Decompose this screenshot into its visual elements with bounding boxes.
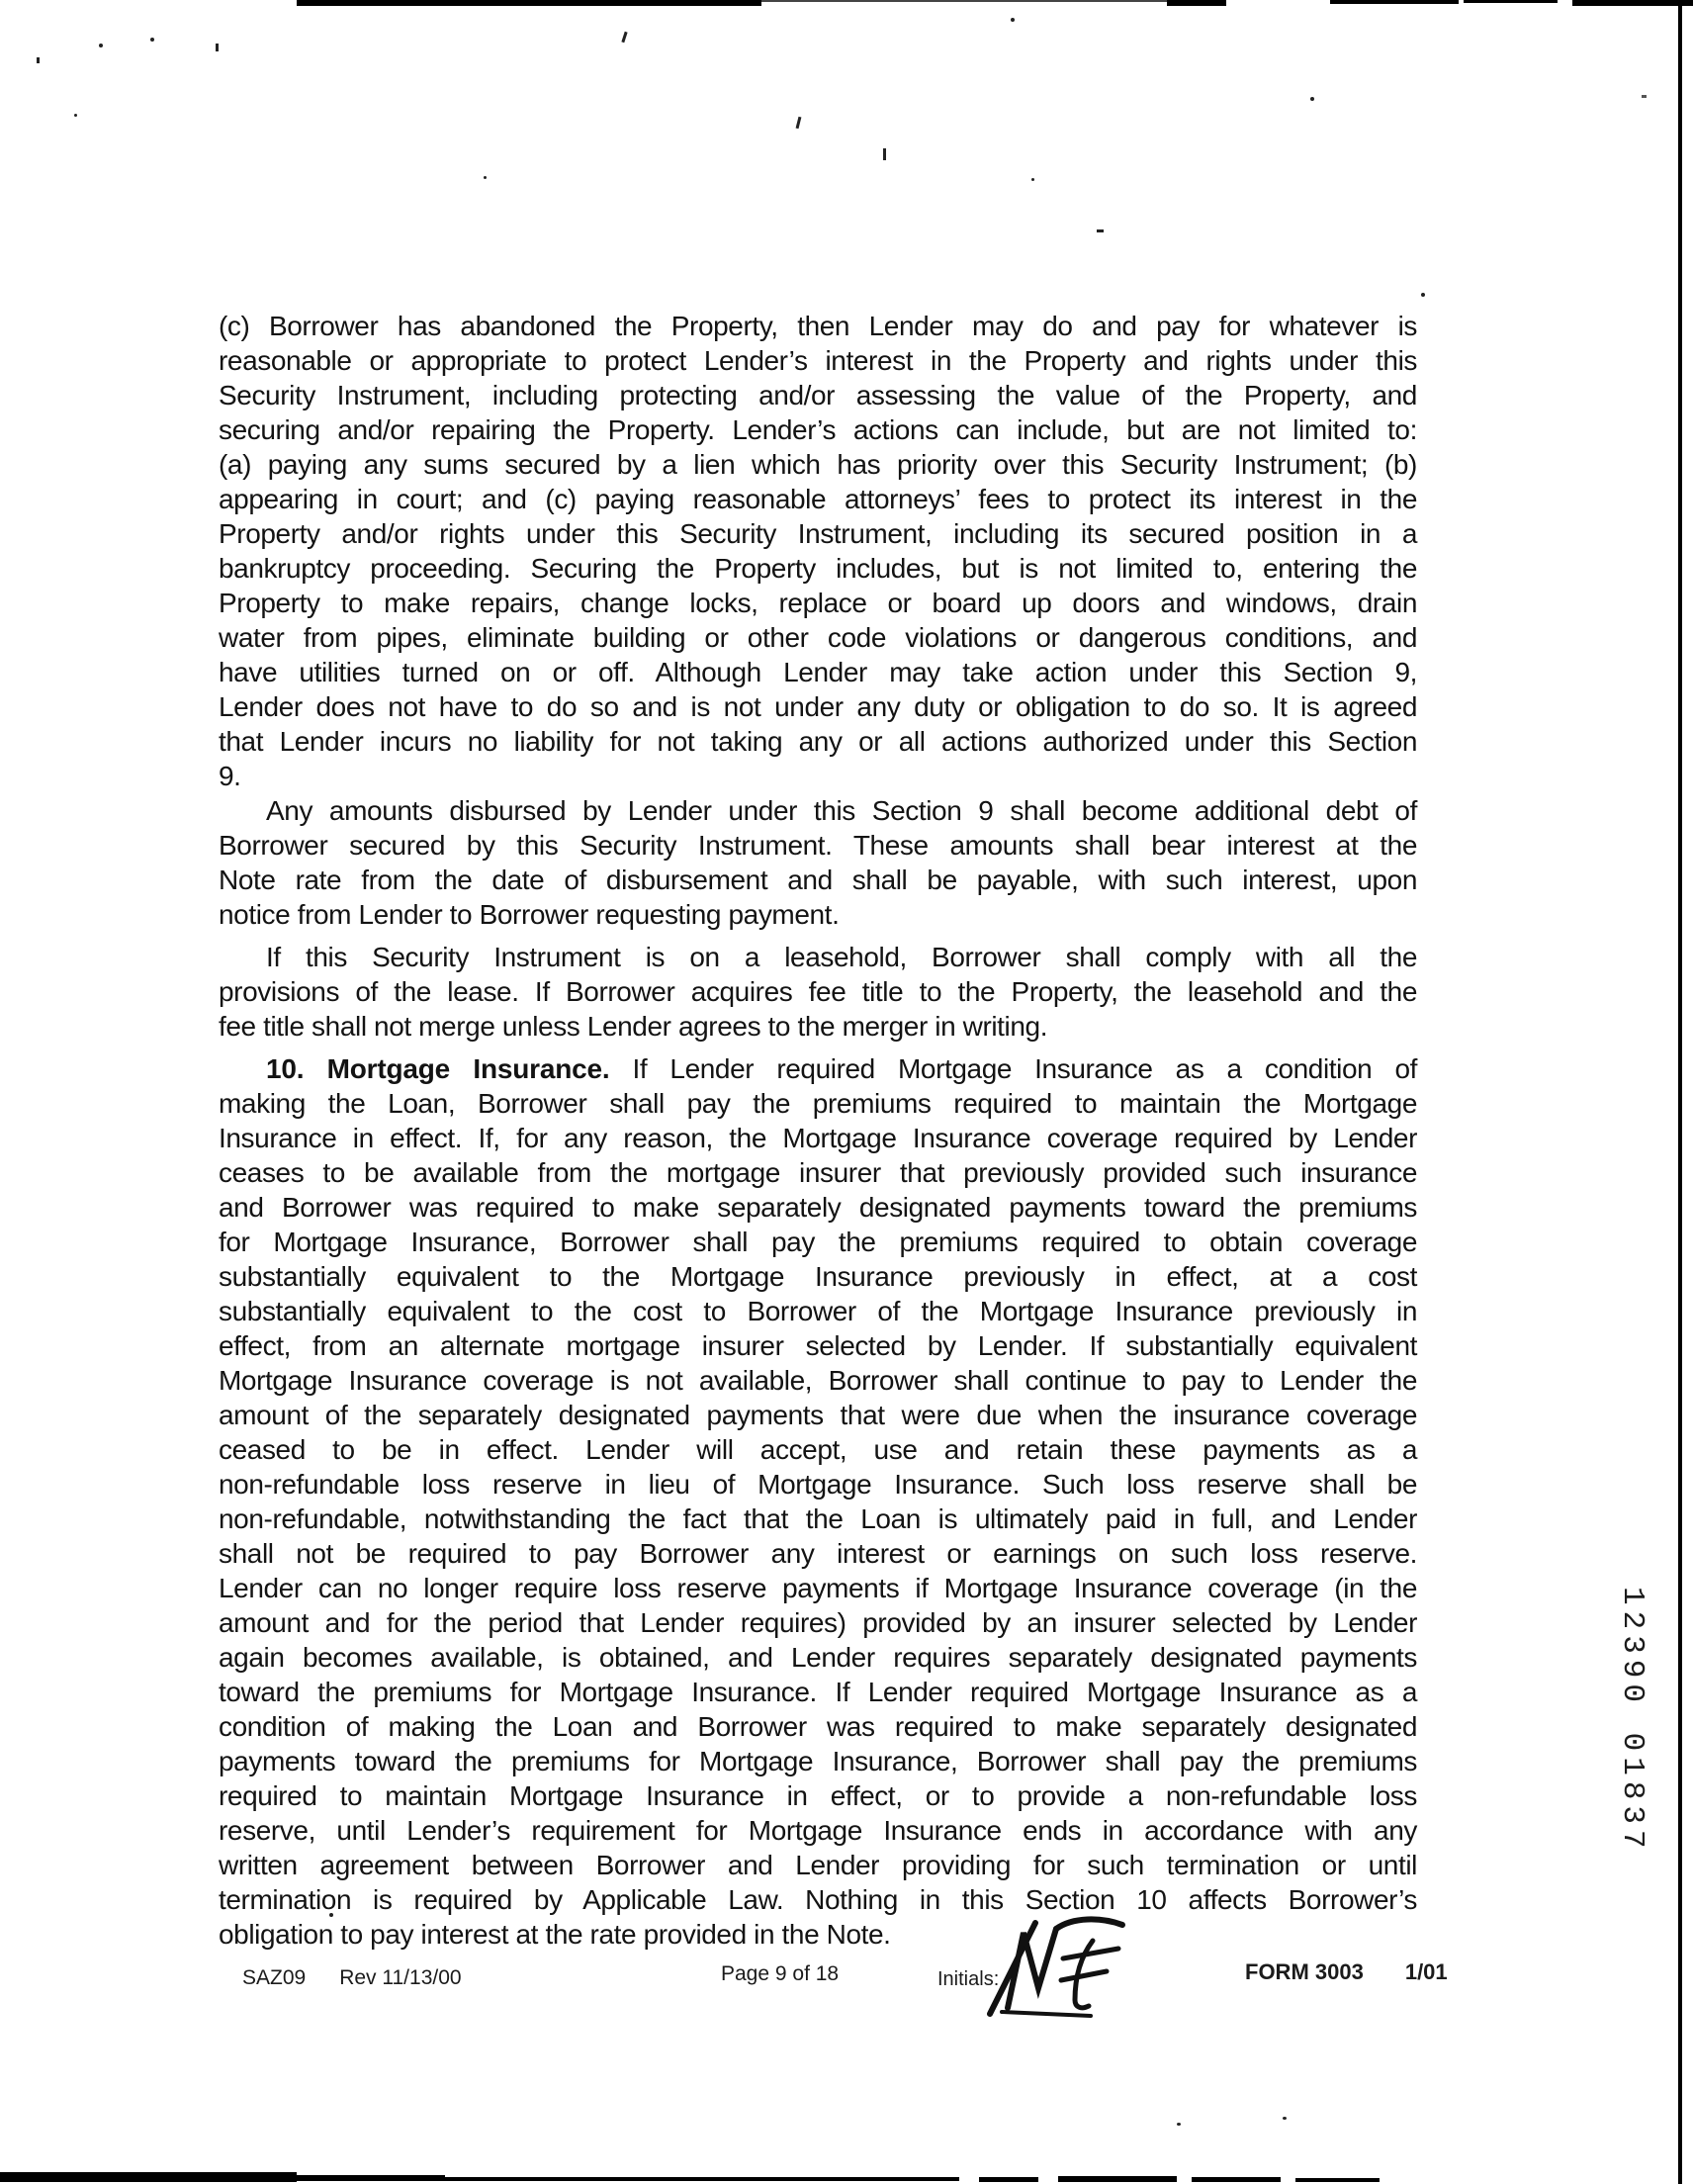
doc-revision: Rev 11/13/00 bbox=[339, 1966, 461, 1989]
body-line: Insurance in effect. If, for any reason,… bbox=[219, 1121, 1417, 1155]
noise-speck bbox=[216, 44, 219, 51]
noise-speck bbox=[1421, 293, 1425, 297]
noise-speck bbox=[1310, 97, 1314, 101]
body-line: Borrower secured by this Security Instru… bbox=[219, 828, 1417, 863]
body-line: payments toward the premiums for Mortgag… bbox=[219, 1744, 1417, 1778]
scan-edge-top bbox=[1464, 0, 1558, 3]
body-line: termination is required by Applicable La… bbox=[219, 1882, 1417, 1917]
body-line: Property and/or rights under this Securi… bbox=[219, 516, 1417, 551]
scan-edge-bottom bbox=[445, 2177, 959, 2181]
body-line: Security Instrument, including protectin… bbox=[219, 378, 1417, 412]
recorder-stamp-number: 12390 01837 bbox=[1615, 1587, 1649, 1855]
body-line: 9. bbox=[219, 759, 1417, 793]
noise-speck bbox=[74, 114, 77, 117]
body-line: Lender can no longer require loss reserv… bbox=[219, 1571, 1417, 1605]
scan-edge-bottom bbox=[297, 2175, 445, 2181]
body-line: ceases to be available from the mortgage… bbox=[219, 1155, 1417, 1190]
form-label: FORM 3003 bbox=[1245, 1959, 1364, 1984]
scan-edge-top bbox=[1167, 0, 1226, 6]
noise-speck bbox=[150, 38, 154, 42]
body-line: Mortgage Insurance coverage is not avail… bbox=[219, 1363, 1417, 1398]
doc-code: SAZ09 bbox=[242, 1966, 306, 1989]
form-version: 1/01 bbox=[1405, 1959, 1448, 1984]
scan-edge-bottom bbox=[1295, 2178, 1380, 2182]
noise-speck bbox=[883, 148, 886, 160]
noise-speck bbox=[621, 32, 627, 43]
body-line: provisions of the lease. If Borrower acq… bbox=[219, 974, 1417, 1009]
body-line: and Borrower was required to make separa… bbox=[219, 1190, 1417, 1225]
body-line: substantially equivalent to the cost to … bbox=[219, 1294, 1417, 1328]
body-line: reasonable or appropriate to protect Len… bbox=[219, 343, 1417, 378]
body-line: written agreement between Borrower and L… bbox=[219, 1848, 1417, 1882]
body-line: condition of making the Loan and Borrowe… bbox=[219, 1709, 1417, 1744]
body-line: 10. Mortgage Insurance. If Lender requir… bbox=[219, 1051, 1417, 1086]
body-line: obligation to pay interest at the rate p… bbox=[219, 1917, 1417, 1952]
body-line: non-refundable loss reserve in lieu of M… bbox=[219, 1467, 1417, 1501]
body-line: Any amounts disbursed by Lender under th… bbox=[219, 793, 1417, 828]
body-line: fee title shall not merge unless Lender … bbox=[219, 1009, 1417, 1044]
body-line: notice from Lender to Borrower requestin… bbox=[219, 897, 1417, 932]
noise-speck bbox=[796, 117, 802, 129]
scan-edge-bottom bbox=[1058, 2176, 1177, 2182]
noise-speck bbox=[1283, 2117, 1287, 2120]
scan-edge-top bbox=[1330, 0, 1459, 4]
scan-edge-right bbox=[1678, 0, 1682, 2184]
body-line: making the Loan, Borrower shall pay the … bbox=[219, 1086, 1417, 1121]
body-line: bankruptcy proceeding. Securing the Prop… bbox=[219, 551, 1417, 586]
body-line: appearing in court; and (c) paying reaso… bbox=[219, 482, 1417, 516]
body-line: that Lender incurs no liability for not … bbox=[219, 724, 1417, 759]
body-line: non-refundable, notwithstanding the fact… bbox=[219, 1501, 1417, 1536]
form-number: FORM 30031/01 bbox=[1245, 1959, 1448, 1985]
body-line: Property to make repairs, change locks, … bbox=[219, 586, 1417, 620]
body-line: toward the premiums for Mortgage Insuran… bbox=[219, 1675, 1417, 1709]
noise-speck bbox=[1642, 95, 1647, 98]
body-line: required to maintain Mortgage Insurance … bbox=[219, 1778, 1417, 1813]
body-line: ceased to be in effect. Lender will acce… bbox=[219, 1432, 1417, 1467]
body-line: have utilities turned on or off. Althoug… bbox=[219, 655, 1417, 689]
body-line: Note rate from the date of disbursement … bbox=[219, 863, 1417, 897]
noise-speck bbox=[37, 57, 40, 63]
body-line: substantially equivalent to the Mortgage… bbox=[219, 1259, 1417, 1294]
body-text: (c) Borrower has abandoned the Property,… bbox=[219, 309, 1417, 1952]
body-line: (a) paying any sums secured by a lien wh… bbox=[219, 447, 1417, 482]
noise-speck bbox=[1031, 178, 1034, 181]
body-line: shall not be required to pay Borrower an… bbox=[219, 1536, 1417, 1571]
scan-edge-bottom bbox=[1192, 2177, 1281, 2182]
scan-edge-top bbox=[1572, 0, 1693, 6]
body-line: water from pipes, eliminate building or … bbox=[219, 620, 1417, 655]
body-line: Lender does not have to do so and is not… bbox=[219, 689, 1417, 724]
scan-edge-top bbox=[761, 0, 1167, 2]
page-indicator: Page 9 of 18 bbox=[721, 1962, 839, 1986]
body-line: again becomes available, is obtained, an… bbox=[219, 1640, 1417, 1675]
scan-edge-bottom bbox=[0, 2172, 297, 2182]
footer-doc-code: SAZ09Rev 11/13/00 bbox=[242, 1966, 462, 1990]
body-line: effect, from an alternate mortgage insur… bbox=[219, 1328, 1417, 1363]
section-10-heading: 10. Mortgage Insurance. bbox=[266, 1053, 609, 1084]
initials-signature bbox=[972, 1915, 1140, 2020]
body-line: for Mortgage Insurance, Borrower shall p… bbox=[219, 1225, 1417, 1259]
noise-speck bbox=[1177, 2123, 1181, 2126]
noise-speck bbox=[484, 176, 487, 179]
noise-speck bbox=[1097, 229, 1104, 232]
scan-edge-bottom bbox=[979, 2177, 1038, 2182]
body-line: reserve, until Lender’s requirement for … bbox=[219, 1813, 1417, 1848]
body-line: securing and/or repairing the Property. … bbox=[219, 412, 1417, 447]
body-line: (c) Borrower has abandoned the Property,… bbox=[219, 309, 1417, 343]
body-line: If this Security Instrument is on a leas… bbox=[219, 940, 1417, 974]
body-line: amount of the separately designated paym… bbox=[219, 1398, 1417, 1432]
noise-speck bbox=[99, 44, 103, 47]
noise-speck bbox=[1011, 18, 1015, 22]
scan-edge-top bbox=[297, 0, 761, 6]
document-page: (c) Borrower has abandoned the Property,… bbox=[0, 0, 1693, 2184]
body-line: amount and for the period that Lender re… bbox=[219, 1605, 1417, 1640]
